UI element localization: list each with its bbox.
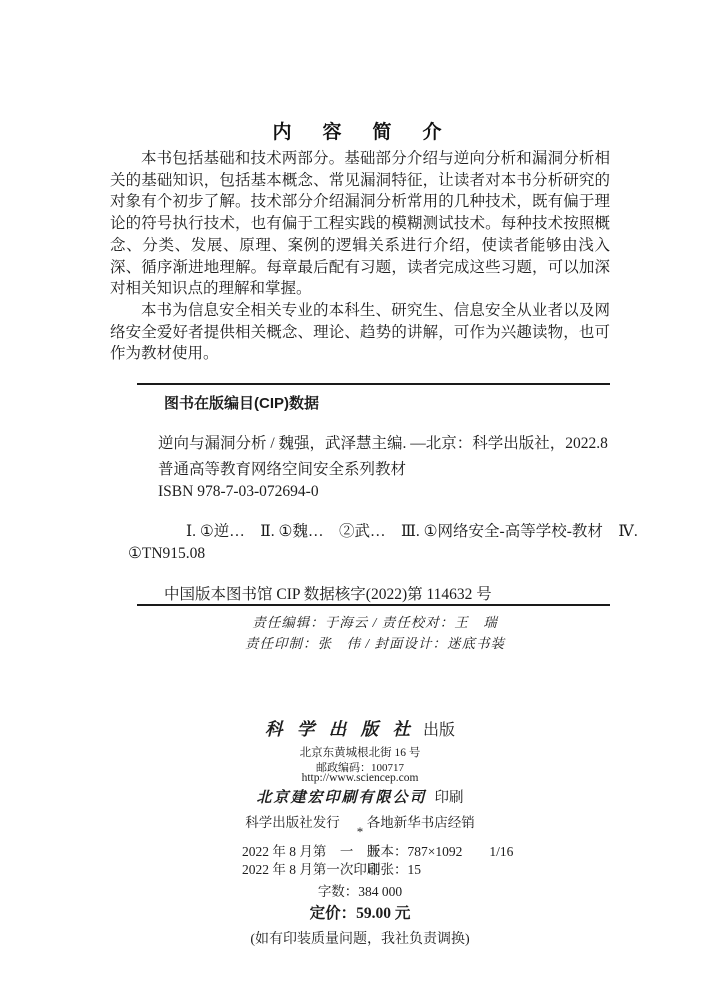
cip-record-number: 中国版本图书馆 CIP 数据核字(2022)第 114632 号 <box>164 582 492 604</box>
cip-top-rule <box>137 383 610 385</box>
summary-paragraph-2: 本书为信息安全相关专业的本科生、研究生、信息安全从业者以及网络安全爱好者提供相关… <box>110 300 610 365</box>
divider-asterisk: * <box>0 824 720 840</box>
cip-classification-line1: Ⅰ. ①逆… Ⅱ. ①魏… ②武… Ⅲ. ①网络安全-高等学校-教材 Ⅳ. <box>186 519 638 541</box>
cip-entry-title: 逆向与漏洞分析 / 魏强，武泽慧主编. —北京：科学出版社，2022.8 <box>158 431 608 453</box>
colophon-row-printing: 2022 年 8 月第一次印刷 印张：15 <box>0 858 720 876</box>
publisher-line: 科 学 出 版 社 出版 <box>0 716 720 741</box>
publisher-suffix: 出版 <box>423 722 455 739</box>
cip-classification-line2: ①TN915.08 <box>128 544 205 563</box>
cip-entry-series: 普通高等教育网络空间安全系列教材 <box>158 457 406 479</box>
summary-paragraph-1: 本书包括基础和技术两部分。基础部分介绍与逆向分析和漏洞分析相关的基础知识，包括基… <box>110 148 610 300</box>
cip-heading: 图书在版编目(CIP)数据 <box>164 392 319 413</box>
printer-suffix: 印刷 <box>435 790 464 806</box>
publisher-website: http://www.sciencep.com <box>0 772 720 784</box>
publisher-address: 北京东黄城根北街 16 号 <box>0 744 720 760</box>
edition-info: 2022 年 8 月第 一 版 <box>242 840 380 860</box>
staff-credits-line1: 责任编辑：于海云 / 责任校对：王 瑞 <box>15 611 720 631</box>
page-title: 内 容 简 介 <box>0 117 720 144</box>
price: 定价：59.00 元 <box>0 901 720 923</box>
colophon-row-edition: 2022 年 8 月第 一 版 开本：787×1092 1/16 <box>0 840 720 858</box>
sheets-info: 印张：15 <box>367 858 421 878</box>
content-summary: 本书包括基础和技术两部分。基础部分介绍与逆向分析和漏洞分析相关的基础知识，包括基… <box>110 148 610 365</box>
publisher-name: 科 学 出 版 社 <box>265 719 415 739</box>
copyright-page: 内 容 简 介 本书包括基础和技术两部分。基础部分介绍与逆向分析和漏洞分析相关的… <box>0 0 720 1000</box>
printing-info: 2022 年 8 月第一次印刷 <box>242 858 380 878</box>
cip-isbn: ISBN 978-7-03-072694-0 <box>158 483 319 501</box>
word-count: 字数：384 000 <box>0 880 720 900</box>
cip-bottom-rule <box>137 604 610 606</box>
printer-name: 北京建宏印刷有限公司 <box>256 790 426 806</box>
staff-credits-line2: 责任印制：张 伟 / 封面设计：迷底书装 <box>15 632 720 652</box>
format-info: 开本：787×1092 1/16 <box>367 840 513 860</box>
quality-note: (如有印装质量问题，我社负责调换) <box>0 928 720 948</box>
printer-line: 北京建宏印刷有限公司 印刷 <box>0 786 720 807</box>
